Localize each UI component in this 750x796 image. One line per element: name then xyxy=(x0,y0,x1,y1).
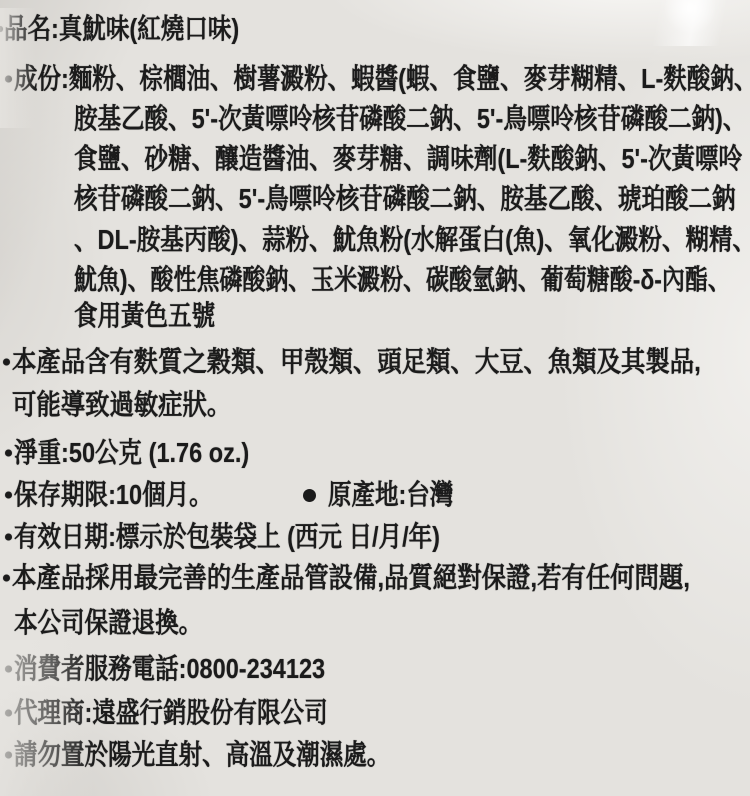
shelf-life-line-text: 保存期限:10個月。 xyxy=(14,478,213,512)
allergen-line-1-text: 本產品含有麩質之穀類、甲殼類、頭足類、大豆、魚類及其製品, xyxy=(12,345,701,379)
ingredients-line-3: 食鹽、砂糖、釀造醬油、麥芽糖、調味劑(L-麩酸鈉、5'-次黃嘌呤 xyxy=(0,142,750,176)
ingredients-line-3-text: 食鹽、砂糖、釀造醬油、麥芽糖、調味劑(L-麩酸鈉、5'-次黃嘌呤 xyxy=(74,142,742,176)
ingredients-line-7-text: 食用黃色五號 xyxy=(74,299,215,333)
origin-line-text: 原產地:台灣 xyxy=(328,478,453,512)
quality-line-2-text: 本公司保證退換。 xyxy=(14,606,202,640)
ingredients-line-5-text: 、DL-胺基丙酸)、蒜粉、魷魚粉(水解蛋白(魚)、氧化澱粉、糊精、 xyxy=(74,223,750,257)
bullet-dot-icon xyxy=(5,710,12,717)
ingredients-line-4: 核苷磷酸二鈉、5'-鳥嘌呤核苷磷酸二鈉、胺基乙酸、琥珀酸二鈉 xyxy=(0,182,750,216)
label-text-block: 品名:真魷味(紅燒口味)成份:麵粉、棕櫚油、樹薯澱粉、蝦醬(蝦、食鹽、麥芽糊精、… xyxy=(0,0,750,796)
quality-line-1: 本產品採用最完善的生產品管設備,品質絕對保證,若有任何問題, xyxy=(0,561,750,595)
bullet-dot-icon xyxy=(5,666,12,673)
allergen-line-2-text: 可能導致過敏症狀。 xyxy=(12,388,231,422)
bullet-dot-icon xyxy=(5,492,12,499)
expiry-date-line-text: 有效日期:標示於包裝袋上 (西元 日/月/年) xyxy=(14,520,440,554)
allergen-line-1: 本產品含有麩質之穀類、甲殼類、頭足類、大豆、魚類及其製品, xyxy=(0,345,750,379)
bullet-dot-icon xyxy=(5,450,12,457)
ingredients-line-7: 食用黃色五號 xyxy=(0,299,750,333)
net-weight-line-text: 淨重:50公克 (1.76 oz.) xyxy=(14,436,249,470)
distributor-line-text: 代理商:遠盛行銷股份有限公司 xyxy=(14,696,328,730)
ingredients-line-6: 魷魚)、酸性焦磷酸鈉、玉米澱粉、碳酸氫鈉、葡萄糖酸-δ-內酯、 xyxy=(0,263,750,297)
allergen-line-2: 可能導致過敏症狀。 xyxy=(0,388,750,422)
bullet-circle-icon xyxy=(303,489,316,502)
service-phone-line-text: 消費者服務電話:0800-234123 xyxy=(14,652,325,686)
expiry-date-line: 有效日期:標示於包裝袋上 (西元 日/月/年) xyxy=(0,520,750,554)
origin-line: 原產地:台灣 xyxy=(303,478,477,512)
bullet-dot-icon xyxy=(0,26,3,32)
service-phone-line: 消費者服務電話:0800-234123 xyxy=(0,652,750,686)
bullet-dot-icon xyxy=(5,534,12,541)
bullet-dot-icon xyxy=(3,359,10,366)
storage-line-text: 請勿置於陽光直射、高溫及潮濕處。 xyxy=(14,738,390,772)
storage-line: 請勿置於陽光直射、高溫及潮濕處。 xyxy=(0,738,750,772)
quality-line-2: 本公司保證退換。 xyxy=(0,606,750,640)
package-label-photo: 品名:真魷味(紅燒口味)成份:麵粉、棕櫚油、樹薯澱粉、蝦醬(蝦、食鹽、麥芽糊精、… xyxy=(0,0,750,796)
net-weight-line: 淨重:50公克 (1.76 oz.) xyxy=(0,436,750,470)
ingredients-line-4-text: 核苷磷酸二鈉、5'-鳥嘌呤核苷磷酸二鈉、胺基乙酸、琥珀酸二鈉 xyxy=(74,182,736,216)
product-name-line-text: 品名:真魷味(紅燒口味) xyxy=(4,12,239,46)
bullet-dot-icon xyxy=(5,752,12,759)
ingredients-line-1: 成份:麵粉、棕櫚油、樹薯澱粉、蝦醬(蝦、食鹽、麥芽糊精、L-麩酸鈉、 xyxy=(0,62,750,96)
bullet-dot-icon xyxy=(3,575,10,582)
ingredients-line-2: 胺基乙酸、5'-次黃嘌呤核苷磷酸二鈉、5'-鳥嘌呤核苷磷酸二鈉)、 xyxy=(0,102,750,136)
quality-line-1-text: 本產品採用最完善的生產品管設備,品質絕對保證,若有任何問題, xyxy=(12,561,690,595)
bullet-dot-icon xyxy=(5,76,12,83)
ingredients-line-6-text: 魷魚)、酸性焦磷酸鈉、玉米澱粉、碳酸氫鈉、葡萄糖酸-δ-內酯、 xyxy=(74,263,731,297)
ingredients-line-2-text: 胺基乙酸、5'-次黃嘌呤核苷磷酸二鈉、5'-鳥嘌呤核苷磷酸二鈉)、 xyxy=(74,102,746,136)
product-name-line: 品名:真魷味(紅燒口味) xyxy=(0,12,750,46)
shelf-life-line: 保存期限:10個月。原產地:台灣 xyxy=(0,478,750,512)
ingredients-line-5: 、DL-胺基丙酸)、蒜粉、魷魚粉(水解蛋白(魚)、氧化澱粉、糊精、 xyxy=(0,223,750,257)
ingredients-line-1-text: 成份:麵粉、棕櫚油、樹薯澱粉、蝦醬(蝦、食鹽、麥芽糊精、L-麩酸鈉、 xyxy=(14,62,750,96)
distributor-line: 代理商:遠盛行銷股份有限公司 xyxy=(0,696,750,730)
